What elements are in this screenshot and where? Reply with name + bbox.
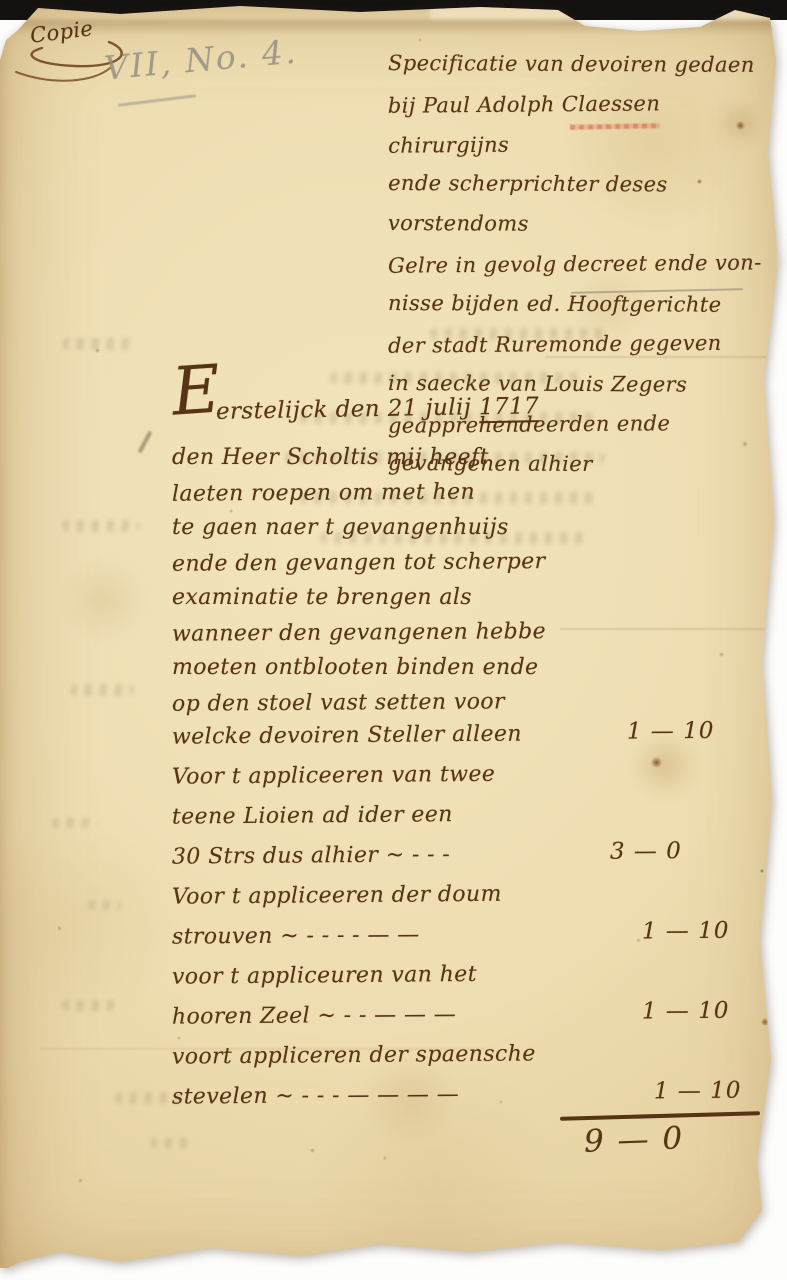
fee-entry-amount: 1 — 10 [642,998,730,1025]
fee-entry-row: 30 Strs dus alhier ~ - - -3 — 0 [172,839,772,884]
fee-entry-text: welcke devoiren Steller alleen [172,722,522,750]
fee-entry-text: Voor t appliceeren van twee [172,762,496,790]
fee-entry-amount: 1 — 10 [654,1078,742,1105]
body-line: den Heer Scholtis mij heeft [172,440,662,475]
body-line: op den stoel vast setten voor [172,683,662,721]
fee-entry-text: voor t appliceuren van het [172,962,477,990]
opening-initial: E [169,350,223,430]
fee-entry-text: hooren Zeel ~ - - — — — [172,1002,456,1029]
bleed-through-digits [115,1092,180,1104]
bleed-through-digits [62,338,132,350]
total-amount: 9 — 0 [583,1120,684,1159]
fee-entry-text: Voor t appliceeren der doum [172,882,502,910]
top-crease-shadow [0,20,779,35]
paper-wrap: Copie VII, No. 4. Specificatie van devoi… [0,0,787,1280]
date-year: 1717 [479,393,540,423]
bleed-through-digits [52,818,98,828]
fee-entries: welcke devoiren Steller alleen1 — 10Voor… [172,722,772,1122]
body-line: moeten ontblooten binden ende [172,650,662,685]
bleed-through-digits [150,1138,190,1148]
body-line: laeten roepen om met hen [172,473,662,511]
foxing-spot [310,1148,315,1153]
manuscript-paper: Copie VII, No. 4. Specificatie van devoi… [0,0,787,1280]
torn-edge-sliver [777,95,785,635]
date-line: erstelijck den 21 julij 1717 [216,393,540,425]
foxing-spot [383,1156,387,1160]
header-line: ende scherprichter deses vorstendoms [388,163,787,245]
foxing-spot [78,1178,83,1183]
foxing-spot [418,38,422,42]
header-line: der stadt Ruremonde gegeven [388,322,787,365]
header-line: Gelre in gevolg decreet ende von- [388,242,787,285]
bleed-through-digits [62,520,140,532]
bleed-through-digits [62,1000,117,1011]
fee-entry-row: Voor t appliceeren van twee [172,759,772,804]
torn-top-edge [430,6,777,20]
foxing-spot [719,652,724,657]
scanned-manuscript: { "page": { "annotations": { "copy_label… [0,0,787,1280]
bleed-through-stroke [138,430,153,453]
fee-entry-amount: 3 — 0 [610,838,682,865]
fee-entry-amount: 1 — 10 [627,718,715,745]
fee-entry-text: voort appliceren der spaensche [172,1041,536,1069]
fee-entry-text: teene Lioien ad ider een [172,802,453,829]
fee-entry-text: 30 Strs dus alhier ~ - - - [172,842,450,869]
fee-entry-row: hooren Zeel ~ - - — — —1 — 10 [172,999,772,1044]
fee-entry-row: teene Lioien ad ider een [172,799,772,844]
header-line: Specificatie van devoiren gedaen [388,43,787,85]
body-line: wanneer den gevangenen hebbe [172,613,662,651]
fee-entry-row: strouven ~ - - - - — —1 — 10 [172,919,772,964]
stain [60,560,150,640]
body-line: ende den gevangen tot scherper [172,543,662,581]
date-line-text: erstelijck den 21 julij [216,394,479,425]
fee-entry-text: stevelen ~ - - - — — — — [172,1082,459,1110]
fee-entry-amount: 1 — 10 [642,918,730,945]
body-line: te gaen naer t gevangenhuijs [172,510,662,545]
body-line: examinatie te brengen als [172,580,662,615]
fee-entry-row: welcke devoiren Steller alleen1 — 10 [172,719,772,764]
foxing-spot [57,926,62,931]
fee-entry-row: stevelen ~ - - - — — — —1 — 10 [172,1079,772,1124]
fee-entry-text: strouven ~ - - - - — — [172,922,420,949]
bleed-through-digits [88,900,122,910]
bleed-through-digits [70,684,134,696]
narrative-block: den Heer Scholtis mij heeftlaeten roepen… [172,440,662,720]
